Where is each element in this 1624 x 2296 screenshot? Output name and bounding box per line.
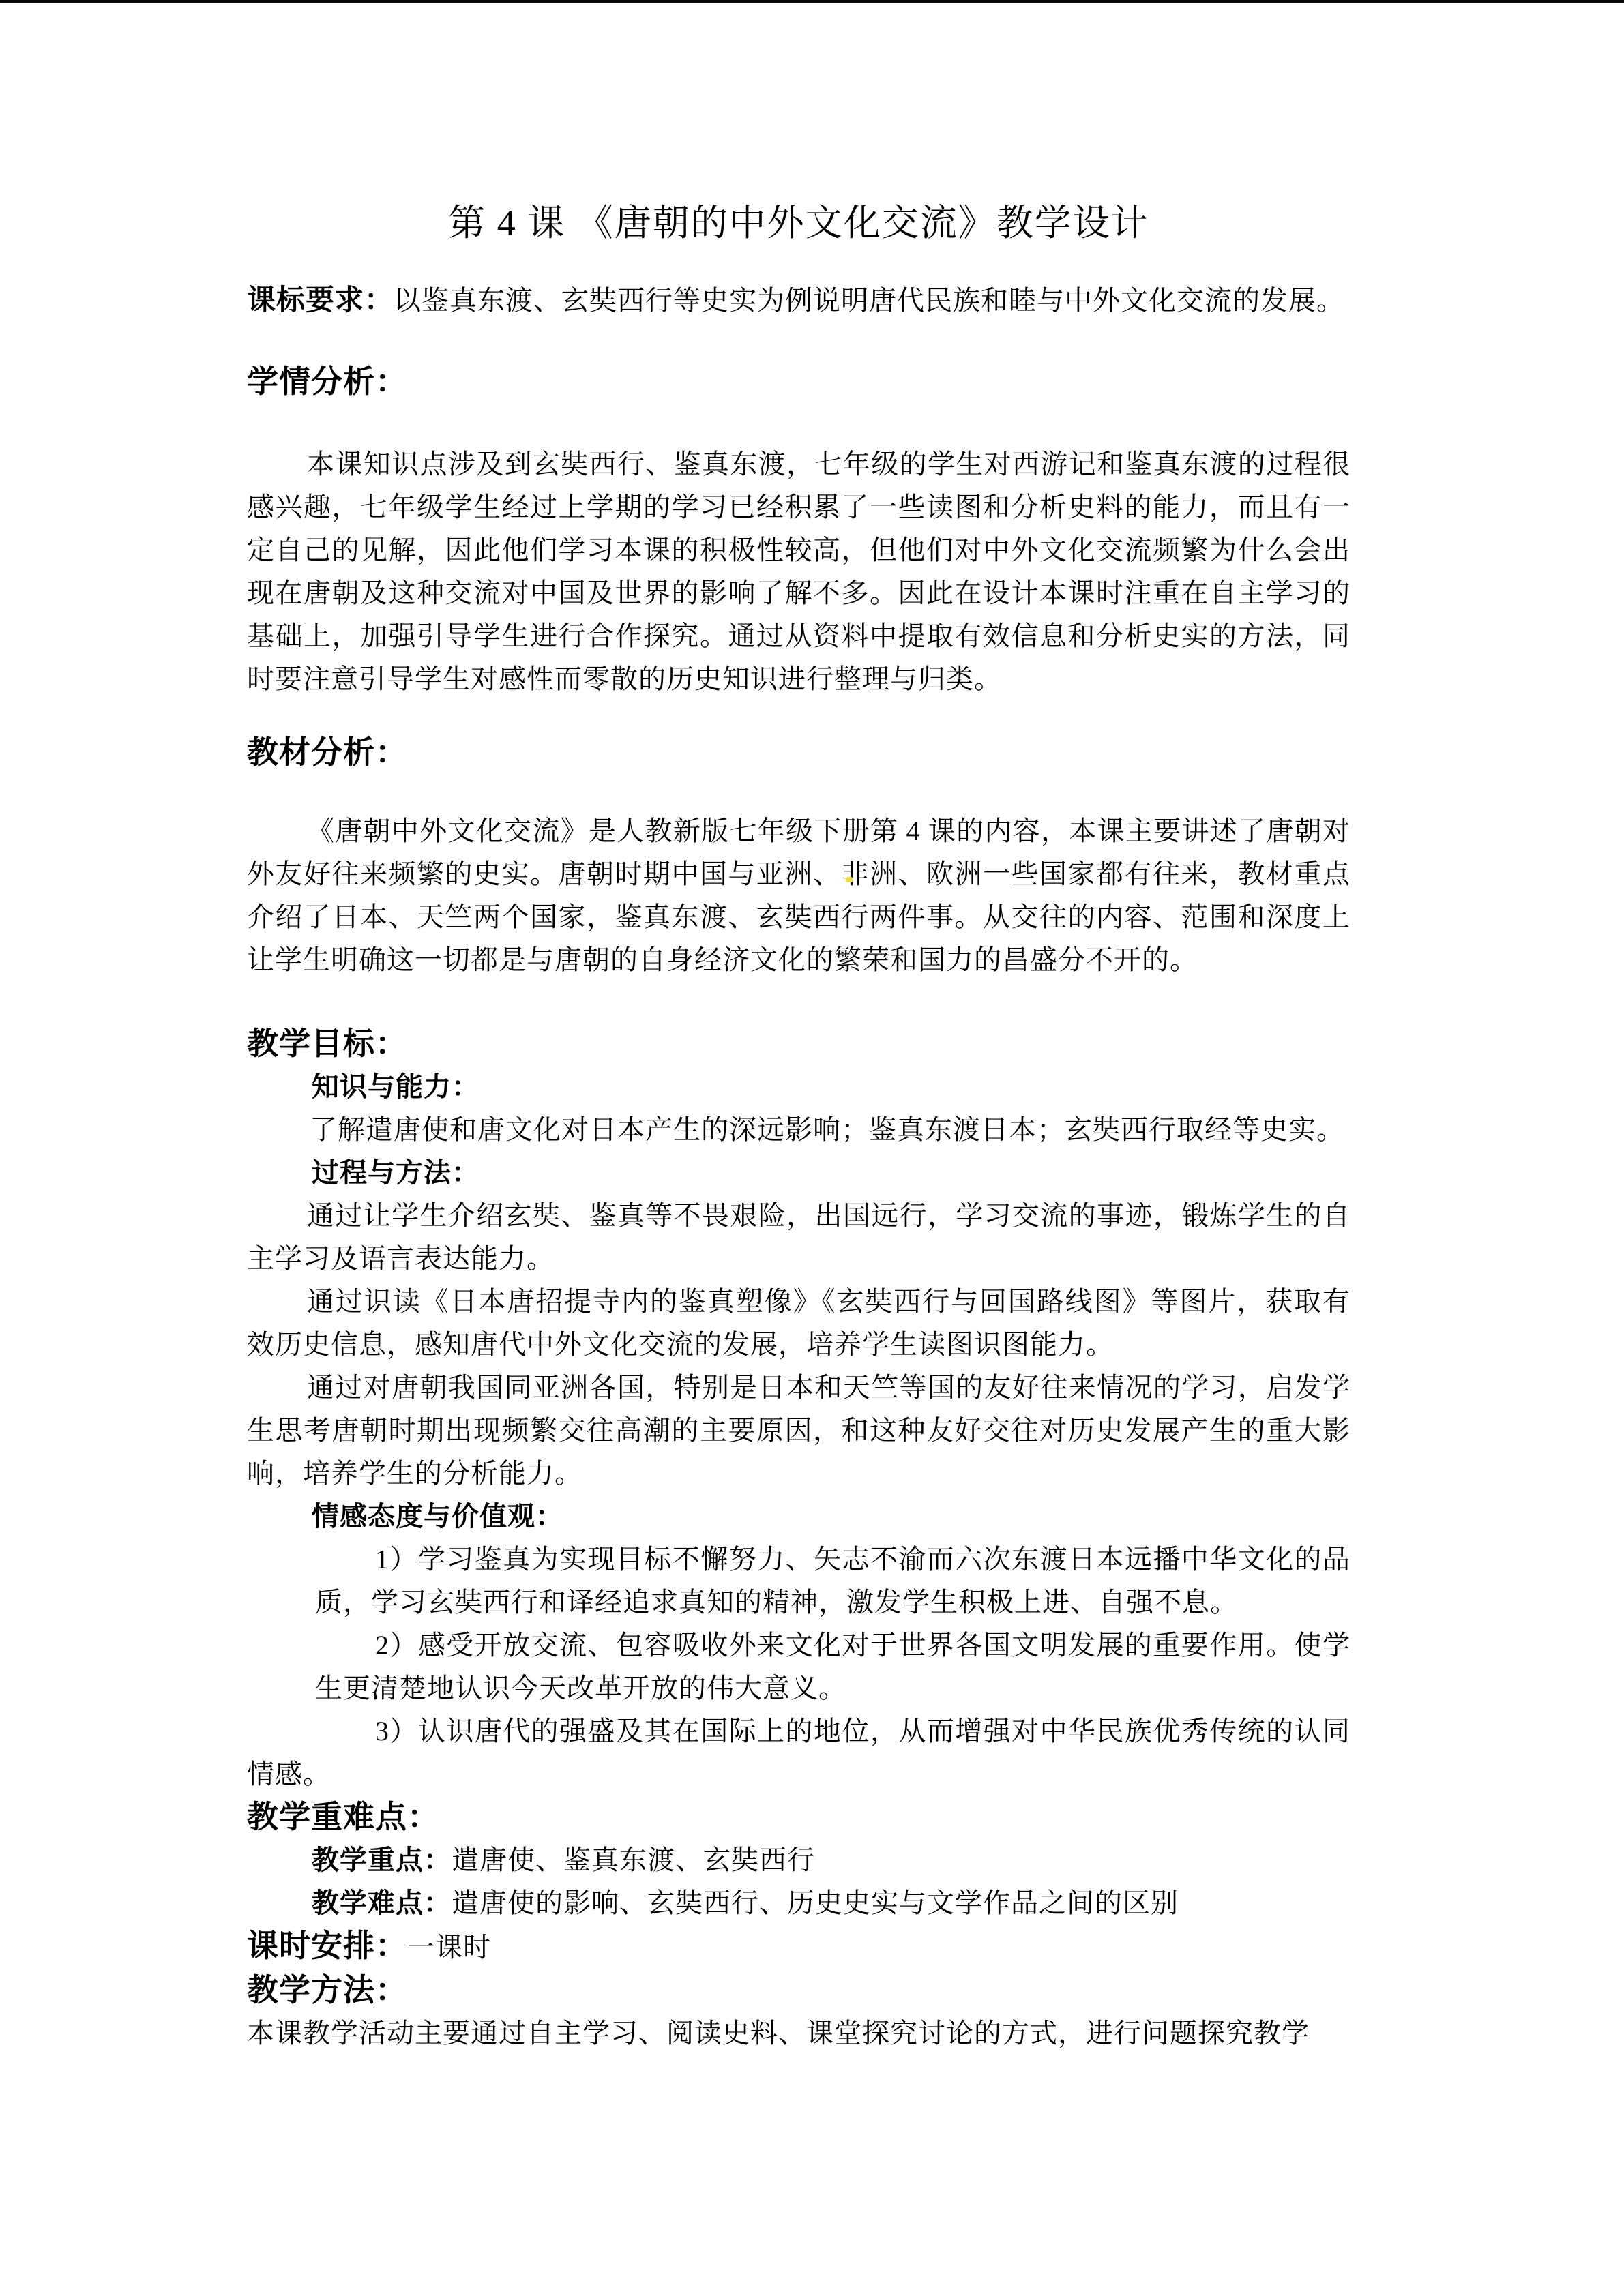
schedule-text: 一课时 [407,1932,491,1963]
subheading-emotion-values: 情感态度与价值观： [312,1495,1350,1538]
document-content: 第 4 课 《唐朝的中外文化交流》教学设计 课标要求：以鉴真东渡、玄奘西行等史实… [0,0,1624,2055]
emotion-values-item-1: 1）学习鉴真为实现目标不懈努力、矢志不渝而六次东渡日本远播中华文化的品质，学习玄… [247,1538,1350,1624]
emotion-values-item-2: 2）感受开放交流、包容吸收外来文化对于世界各国文明发展的重要作用。使学生更清楚地… [247,1624,1350,1710]
subheading-process-method: 过程与方法： [312,1151,1350,1194]
jiaocai-analysis-paragraph: 《唐朝中外文化交流》是人教新版七年级下册第 4 课的内容，本课主要讲述了唐朝对外… [247,809,1350,981]
knowledge-ability-text: 了解遣唐使和唐文化对日本产生的深远影响；鉴真东渡日本；玄奘西行取经等史实。 [247,1108,1350,1151]
process-method-paragraph-2: 通过识读《日本唐招提寺内的鉴真塑像》《玄奘西行与回国路线图》等图片，获取有效历史… [247,1280,1350,1366]
difficult-point-label: 教学难点： [312,1888,452,1918]
key-point-text: 遣唐使、鉴真东渡、玄奘西行 [452,1845,815,1875]
key-point-label: 教学重点： [312,1845,452,1875]
section-heading-jiaocai-analysis: 教材分析： [247,731,1350,774]
course-standard-label: 课标要求： [247,285,394,316]
section-heading-teaching-method: 教学方法： [247,1969,1350,2012]
teaching-method-paragraph: 本课教学活动主要通过自主学习、阅读史料、课堂探究讨论的方式，进行问题探究教学 [247,2012,1350,2055]
schedule-line: 课时安排：一课时 [247,1924,1350,1969]
course-standard-paragraph: 课标要求：以鉴真东渡、玄奘西行等史实为例说明唐代民族和睦与中外文化交流的发展。 [247,279,1350,323]
section-heading-key-difficult-points: 教学重难点： [247,1795,1350,1838]
spellcheck-proofing-mark [846,877,853,882]
difficult-point-line: 教学难点：遣唐使的影响、玄奘西行、历史史实与文学作品之间的区别 [312,1881,1350,1924]
section-heading-xueqing-analysis: 学情分析： [247,360,1350,403]
process-method-paragraph-3: 通过对唐朝我国同亚洲各国，特别是日本和天竺等国的友好往来情况的学习，启发学生思考… [247,1366,1350,1495]
document-page: 第 4 课 《唐朝的中外文化交流》教学设计 课标要求：以鉴真东渡、玄奘西行等史实… [0,0,1624,2296]
process-method-paragraph-1: 通过让学生介绍玄奘、鉴真等不畏艰险，出国远行，学习交流的事迹，锻炼学生的自主学习… [247,1194,1350,1280]
emotion-values-item-3: 3）认识唐代的强盛及其在国际上的地位，从而增强对中华民族优秀传统的认同情感。 [247,1710,1350,1795]
section-heading-teaching-goals: 教学目标： [247,1022,1350,1065]
document-title: 第 4 课 《唐朝的中外文化交流》教学设计 [247,199,1350,247]
course-standard-text: 以鉴真东渡、玄奘西行等史实为例说明唐代民族和睦与中外文化交流的发展。 [394,285,1344,316]
key-point-line: 教学重点：遣唐使、鉴真东渡、玄奘西行 [312,1838,1350,1881]
subheading-knowledge-ability: 知识与能力： [312,1065,1350,1108]
xueqing-analysis-paragraph: 本课知识点涉及到玄奘西行、鉴真东渡，七年级的学生对西游记和鉴真东渡的过程很感兴趣… [247,443,1350,700]
difficult-point-text: 遣唐使的影响、玄奘西行、历史史实与文学作品之间的区别 [452,1888,1179,1918]
schedule-label: 课时安排： [247,1928,407,1963]
